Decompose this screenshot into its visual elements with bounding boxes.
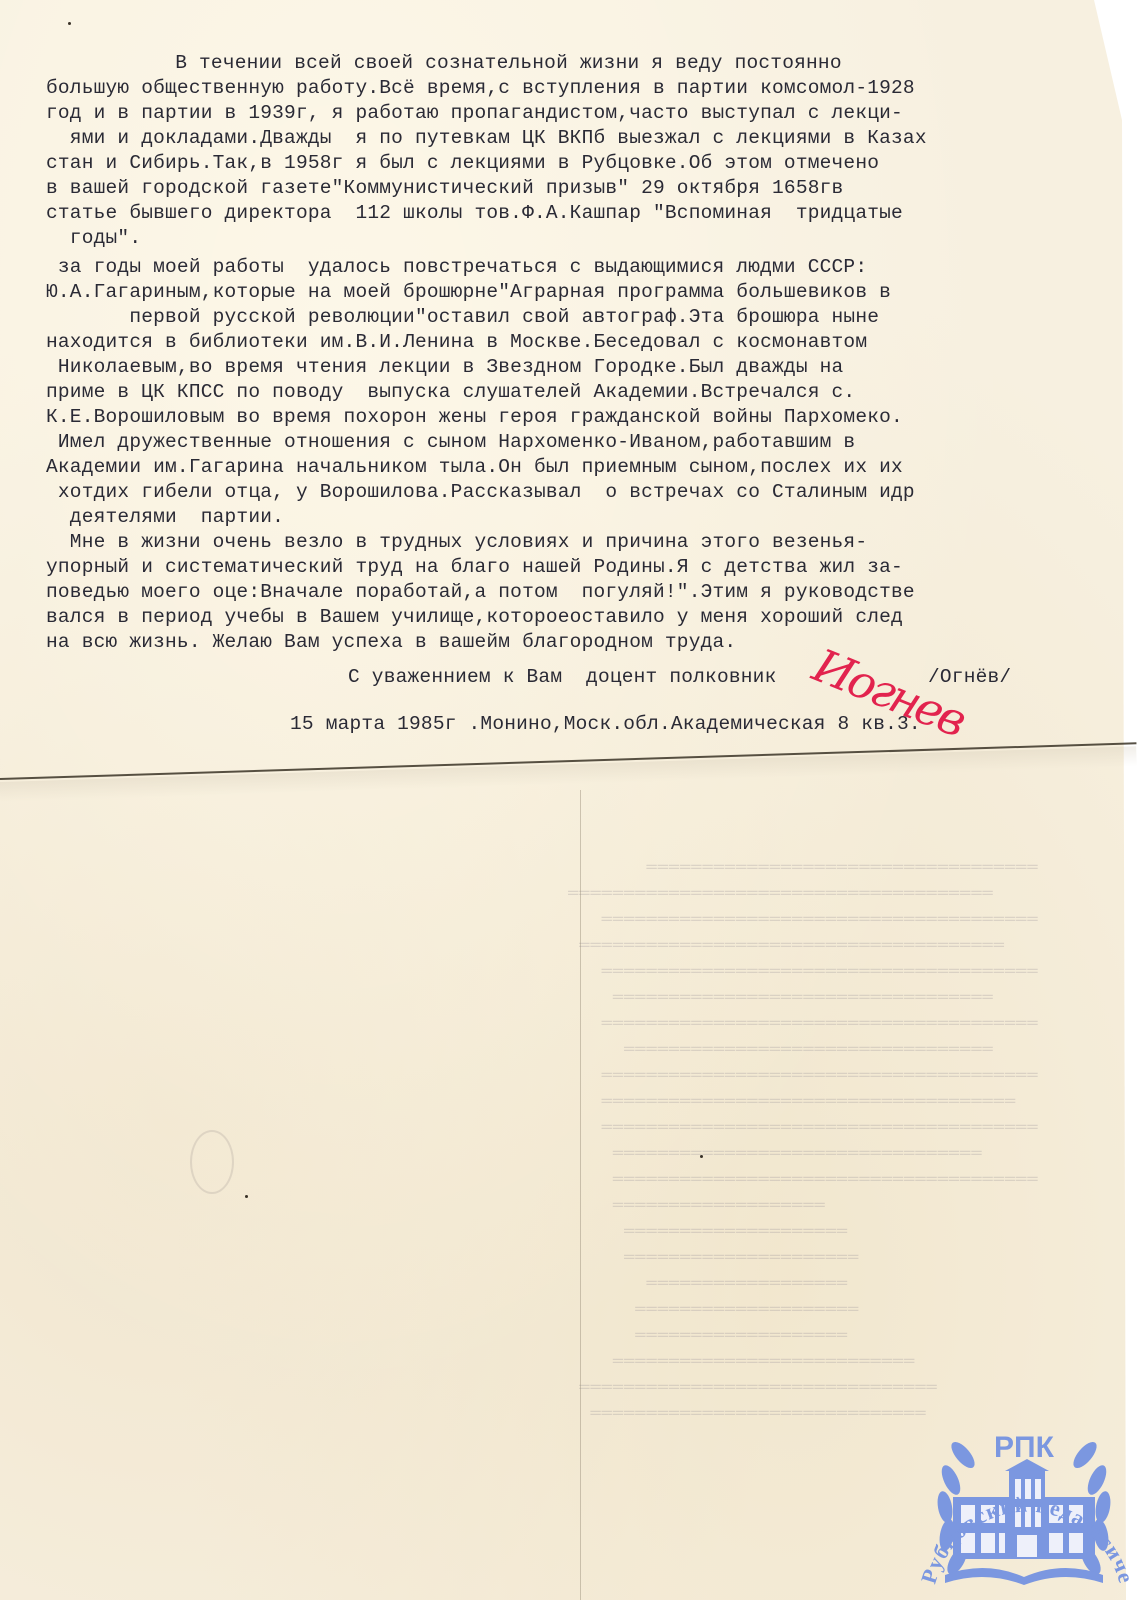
text-line: поведью моего оце:Вначале поработай,а по… — [46, 581, 915, 603]
text-line: деятелями партии. — [46, 506, 284, 528]
text-line: Николаевым,во время чтения лекции в Звез… — [46, 356, 843, 378]
text-line: хотдих гибели отца, у Ворошилова.Рассказ… — [46, 481, 915, 503]
text-line: статье бывшего директора 112 школы тов.Ф… — [46, 202, 903, 224]
text-line: годы". — [46, 227, 141, 249]
text-line: приме в ЦК КПСС по поводу выпуска слушат… — [46, 381, 855, 403]
text-line: К.Е.Ворошиловым во время похорон жены ге… — [46, 406, 903, 428]
text-line: находится в библиотеки им.В.И.Ленина в М… — [46, 331, 867, 353]
pencil-mark — [190, 1130, 234, 1194]
text-line: год и в партии в 1939г, я работаю пропаг… — [46, 102, 903, 124]
college-stamp: РПК Рубцовский педагогический колледж — [905, 1385, 1137, 1600]
text-line: упорный и систематический труд на благо … — [46, 556, 903, 578]
text-line: вался в период учебы в Вашем училище,кот… — [46, 606, 903, 628]
text-line: В течении всей своей сознательной жизни … — [80, 52, 842, 74]
vertical-fold-crease — [580, 790, 581, 1600]
date-address-line: 15 марта 1985г .Монино,Моск.обл.Академич… — [290, 713, 921, 735]
text-line: Мне в жизни очень везло в трудных услови… — [46, 531, 867, 553]
ink-speck — [700, 1155, 703, 1158]
text-line: Ю.А.Гагариным,которые на моей брошюрне"А… — [46, 281, 891, 303]
text-line: за годы моей работы удалось повстречатьс… — [46, 256, 867, 278]
paper-sheet — [0, 0, 1130, 1600]
closing-line: С уваженнием к Вам доцент полковник — [348, 666, 776, 688]
text-line: стан и Сибирь.Так,в 1958г я был с лекция… — [46, 152, 879, 174]
book-icon — [945, 1568, 1103, 1585]
ink-speck — [68, 22, 71, 25]
text-line: Имел дружественные отношения с сыном Нар… — [46, 431, 855, 453]
text-line: Академии им.Гагарина начальником тыла.Он… — [46, 456, 903, 478]
text-line: большую общественную работу.Всё время,с … — [46, 77, 915, 99]
text-line: в вашей городской газете"Коммунистически… — [46, 177, 843, 199]
ink-speck — [245, 1195, 248, 1198]
text-line: ями и докладами.Дважды я по путевкам ЦК … — [46, 127, 927, 149]
text-line: первой русской революции"оставил свой ав… — [46, 306, 879, 328]
text-line: на всю жизнь. Желаю Вам успеха в вашейм … — [46, 631, 736, 653]
svg-text:РПК: РПК — [994, 1431, 1055, 1464]
